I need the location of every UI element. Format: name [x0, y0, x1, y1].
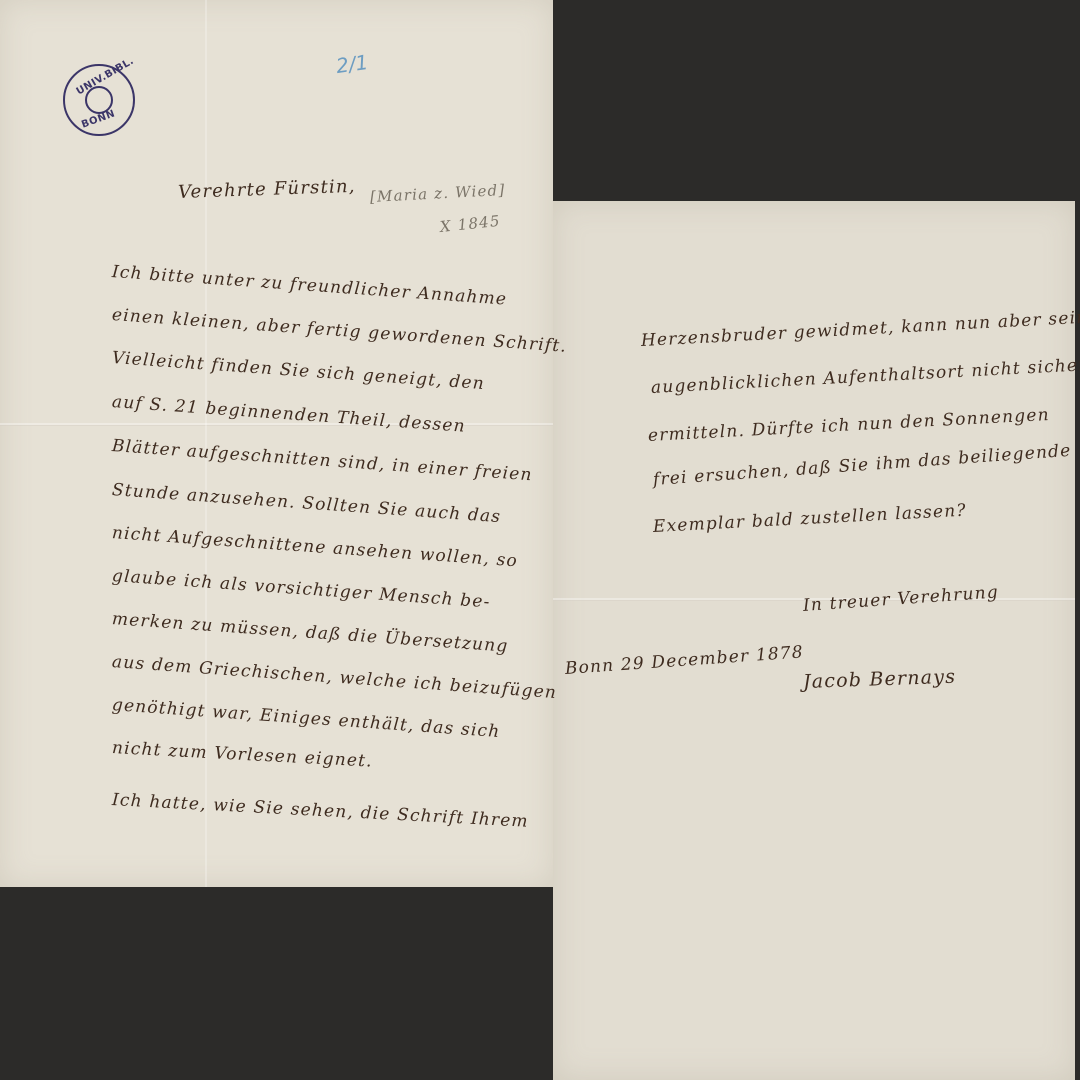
letter-line: einen kleinen, aber fertig gewordenen Sc…: [111, 305, 567, 357]
letter-line: nicht Aufgeschnittene ansehen wollen, so: [111, 523, 518, 571]
letter-line: Stunde anzusehen. Sollten Sie auch das: [111, 480, 502, 527]
letter-line: aus dem Griechischen, welche ich beizufü…: [111, 652, 557, 703]
letter-line: augenblicklichen Aufenthaltsort nicht si…: [650, 355, 1080, 398]
letter-line: glaube ich als vorsichtiger Mensch be-: [111, 566, 491, 612]
letter-closing: In treuer Verehrung: [802, 582, 999, 616]
letter-line: Blätter aufgeschnitten sind, in einer fr…: [111, 436, 533, 485]
letter-line: Ich hatte, wie Sie sehen, die Schrift Ih…: [111, 790, 529, 832]
letter-line: merken zu müssen, daß die Übersetzung: [111, 609, 509, 657]
letter-page-right: Herzensbruder gewidmet, kann nun aber se…: [553, 201, 1075, 1080]
letter-line: Exemplar bald zustellen lassen?: [652, 501, 967, 537]
library-stamp: UNIV.BIBL. BONN: [63, 64, 135, 136]
shelfmark: 2/1: [334, 50, 369, 78]
letter-line: Ich bitte unter zu freundlicher Annahme: [111, 262, 508, 310]
letter-line: auf S. 21 beginnenden Theil, dessen: [111, 392, 466, 437]
letter-place-date: Bonn 29 December 1878: [564, 642, 804, 679]
letter-line: nicht zum Vorlesen eignet.: [111, 738, 373, 772]
pencil-annotation: [Maria z. Wied]: [370, 181, 506, 206]
pencil-number: X 1845: [439, 212, 501, 236]
letter-line: Herzensbruder gewidmet, kann nun aber se…: [640, 306, 1080, 351]
letter-signature: Jacob Bernays: [803, 666, 957, 693]
letter-line: Vielleicht finden Sie sich geneigt, den: [111, 348, 485, 394]
letter-line: ermitteln. Dürfte ich nun den Sonnengen: [647, 405, 1050, 446]
letter-line: genöthigt war, Einiges enthält, das sich: [111, 695, 501, 742]
letter-page-left: UNIV.BIBL. BONN 2/1 Verehrte Fürstin, [M…: [0, 0, 553, 887]
letter-line: frei ersuchen, daß Sie ihm das beiliegen…: [652, 441, 1072, 490]
